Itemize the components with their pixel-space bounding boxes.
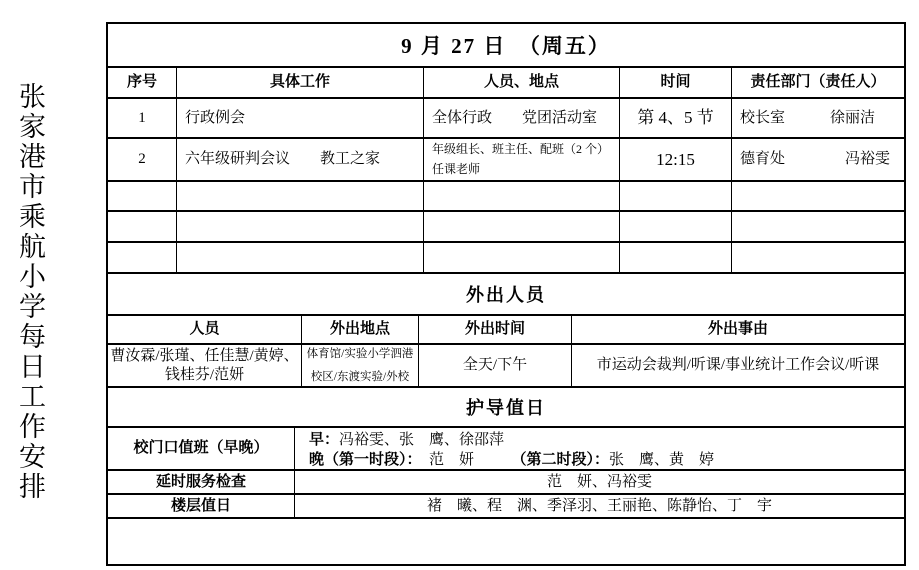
cell-work: 六年级研判会议 教工之家 <box>177 139 424 180</box>
cell-seq <box>108 243 177 272</box>
cell-time: 第 4、5 节 <box>620 99 732 137</box>
cell-people <box>424 243 620 272</box>
header-dept: 责任部门（责任人） <box>732 68 904 97</box>
gate-duty-label: 校门口值班（早晚） <box>108 428 295 469</box>
cell-work <box>177 212 424 241</box>
gate-duty-evening-line: 晚（第一时段）： 范 妍 （第二时段）：张 鹰、黄 婷 <box>309 450 714 470</box>
cell-time <box>620 212 732 241</box>
cell-people <box>424 212 620 241</box>
cell-time <box>620 243 732 272</box>
cell-dept: 德育处 冯裕雯 <box>732 139 904 180</box>
cell-people: 年级组长、班主任、配班（2 个）任课老师 <box>424 139 620 180</box>
table-row-empty <box>108 243 904 274</box>
table-row: 1 行政例会 全体行政 党团活动室 第 4、5 节 校长室 徐丽洁 <box>108 99 904 139</box>
table-row: 2 六年级研判会议 教工之家 年级组长、班主任、配班（2 个）任课老师 12:1… <box>108 139 904 182</box>
cell-seq <box>108 212 177 241</box>
outing-section-title: 外出人员 <box>108 274 904 314</box>
outing-header-row: 人员 外出地点 外出时间 外出事由 <box>108 316 904 345</box>
cell-time: 12:15 <box>620 139 732 180</box>
cell-people: 全体行政 党团活动室 <box>424 99 620 137</box>
cell-seq: 2 <box>108 139 177 180</box>
delay-check-value: 范 妍、冯裕雯 <box>295 471 904 493</box>
date-title: 9 月 27 日 （周五） <box>108 24 904 66</box>
floor-duty-row: 楼层值日 褚 曦、程 渊、季泽羽、王丽艳、陈静怡、丁 宇 <box>108 495 904 519</box>
cell-time <box>620 182 732 210</box>
cell-seq: 1 <box>108 99 177 137</box>
cell-work: 行政例会 <box>177 99 424 137</box>
cell-dept <box>732 212 904 241</box>
header-people: 人员、地点 <box>424 68 620 97</box>
document-page: 张家港市乘航小学每日工作安排 9 月 27 日 （周五） 序号 具体工作 人员、… <box>0 0 919 570</box>
duty-section-row: 护导值日 <box>108 388 904 428</box>
gate-morning-prefix: 早： <box>309 432 339 448</box>
outing-header-place: 外出地点 <box>302 316 419 343</box>
outing-people: 曹汝霖/张瑾、任佳慧/黄婷、钱桂芬/范妍 <box>108 345 302 386</box>
table-row-empty <box>108 182 904 212</box>
outing-header-people: 人员 <box>108 316 302 343</box>
cell-work <box>177 182 424 210</box>
date-title-row: 9 月 27 日 （周五） <box>108 24 904 68</box>
header-work: 具体工作 <box>177 68 424 97</box>
cell-dept <box>732 243 904 272</box>
bottom-empty-cell <box>108 519 904 564</box>
gate-duty-row: 校门口值班（早晚） 早：冯裕雯、张 鹰、徐邵萍 晚（第一时段）： 范 妍 （第二… <box>108 428 904 471</box>
gate-duty-lines: 早：冯裕雯、张 鹰、徐邵萍 晚（第一时段）： 范 妍 （第二时段）：张 鹰、黄 … <box>303 428 718 469</box>
delay-check-row: 延时服务检查 范 妍、冯裕雯 <box>108 471 904 495</box>
cell-seq <box>108 182 177 210</box>
gate-evening-slot1-prefix: 晚（第一时段）： <box>309 452 414 468</box>
outing-reason: 市运动会裁判/听课/事业统计工作会议/听课 <box>572 345 904 386</box>
main-header-row: 序号 具体工作 人员、地点 时间 责任部门（责任人） <box>108 68 904 99</box>
document-vertical-title: 张家港市乘航小学每日工作安排 <box>12 82 48 518</box>
floor-duty-label: 楼层值日 <box>108 495 295 517</box>
daily-schedule-table: 9 月 27 日 （周五） 序号 具体工作 人员、地点 时间 责任部门（责任人）… <box>106 22 906 566</box>
gate-duty-value: 早：冯裕雯、张 鹰、徐邵萍 晚（第一时段）： 范 妍 （第二时段）：张 鹰、黄 … <box>295 428 904 469</box>
gate-duty-morning-line: 早：冯裕雯、张 鹰、徐邵萍 <box>309 430 714 450</box>
cell-people <box>424 182 620 210</box>
gate-evening-slot2-prefix: （第二时段）： <box>519 452 609 468</box>
gate-evening-slot2-names: 张 鹰、黄 婷 <box>609 452 714 468</box>
header-time: 时间 <box>620 68 732 97</box>
gate-evening-slot1-names: 范 妍 <box>414 452 519 468</box>
duty-section-title: 护导值日 <box>108 388 904 426</box>
outing-header-reason: 外出事由 <box>572 316 904 343</box>
cell-dept <box>732 182 904 210</box>
outing-section-row: 外出人员 <box>108 274 904 316</box>
floor-duty-value: 褚 曦、程 渊、季泽羽、王丽艳、陈静怡、丁 宇 <box>295 495 904 517</box>
table-row-empty <box>108 212 904 243</box>
outing-data-row: 曹汝霖/张瑾、任佳慧/黄婷、钱桂芬/范妍 体育馆/实验小学泗港校区/东渡实验/外… <box>108 345 904 388</box>
outing-place: 体育馆/实验小学泗港校区/东渡实验/外校 <box>302 345 419 386</box>
outing-header-time: 外出时间 <box>419 316 572 343</box>
gate-morning-names: 冯裕雯、张 鹰、徐邵萍 <box>339 432 504 448</box>
cell-work <box>177 243 424 272</box>
delay-check-label: 延时服务检查 <box>108 471 295 493</box>
header-seq: 序号 <box>108 68 177 97</box>
outing-time: 全天/下午 <box>419 345 572 386</box>
cell-dept: 校长室 徐丽洁 <box>732 99 904 137</box>
bottom-empty-row <box>108 519 904 564</box>
